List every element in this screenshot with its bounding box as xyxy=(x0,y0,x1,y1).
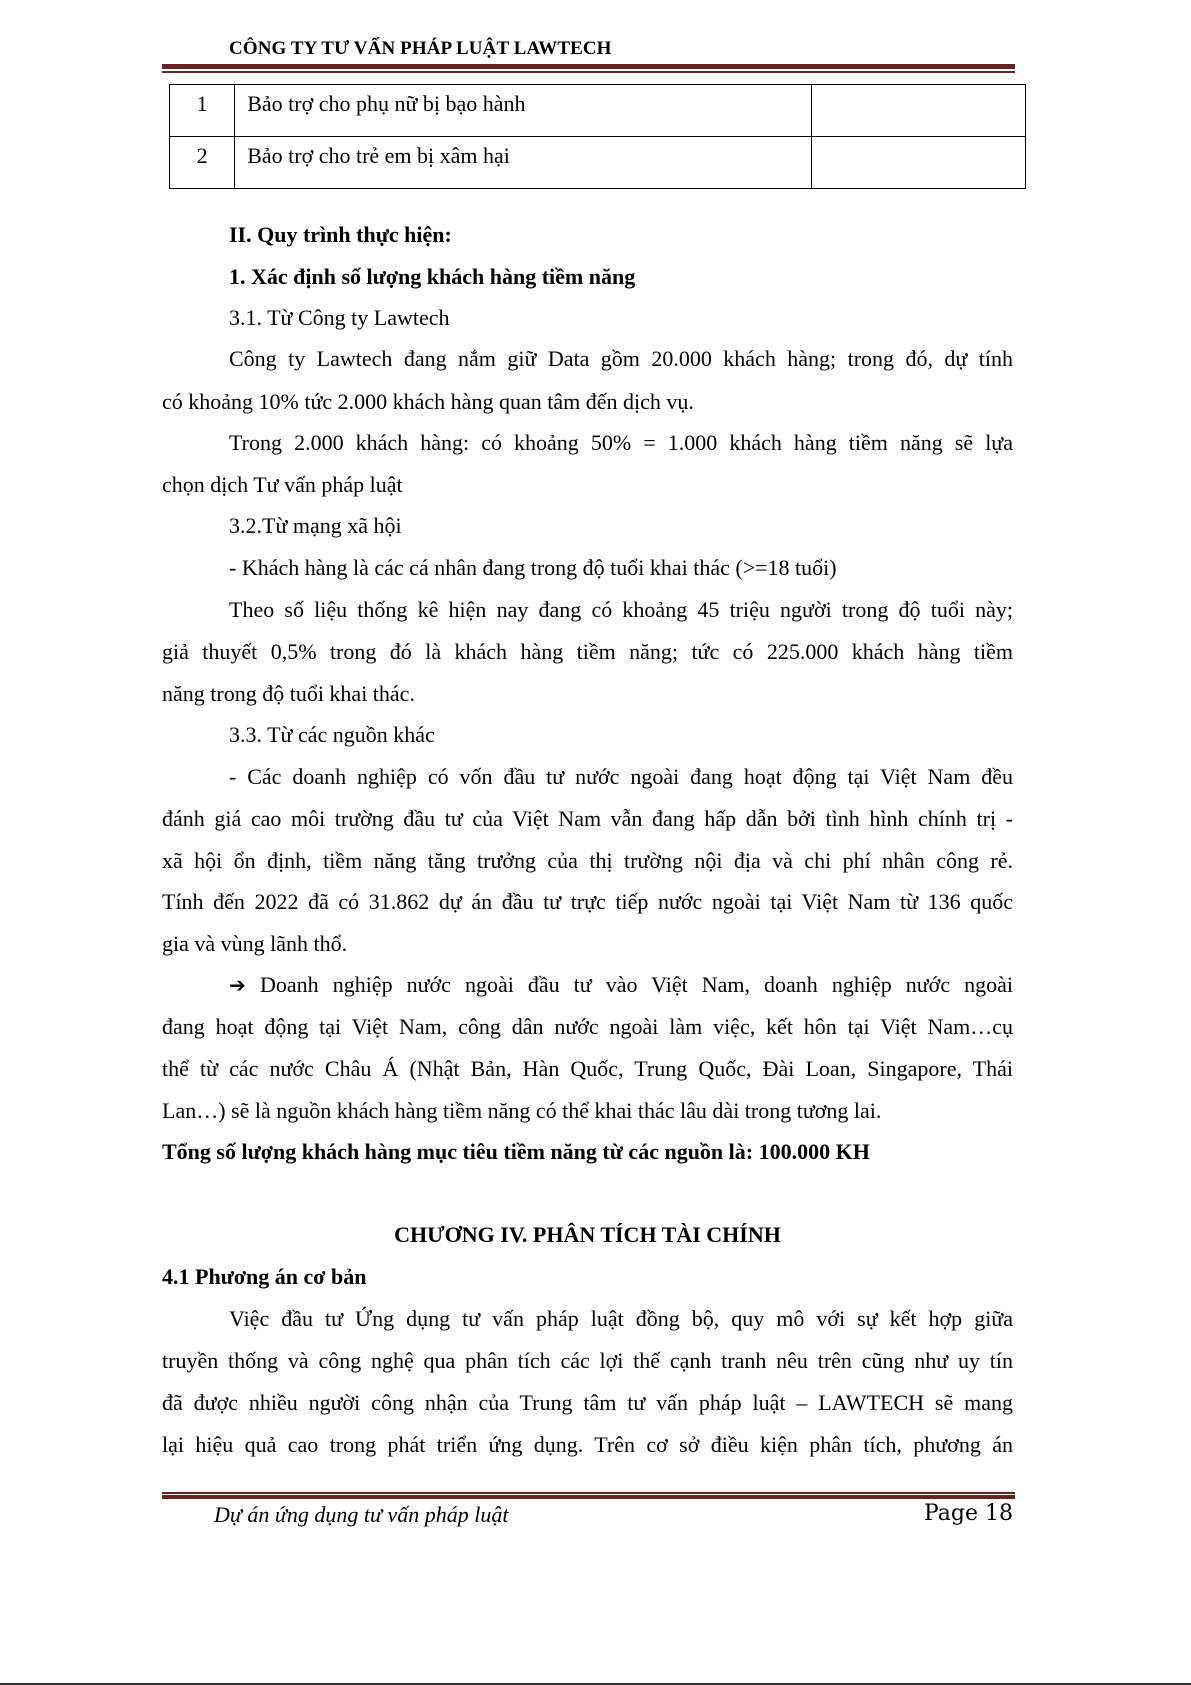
paragraph-line: Trong 2.000 khách hàng: có khoảng 50% = … xyxy=(229,430,1013,456)
subsection-3-3-title: 3.3. Từ các nguồn khác xyxy=(229,722,435,748)
table-row: 2 Bảo trợ cho trẻ em bị xâm hại xyxy=(170,137,1026,189)
paragraph-line: Tính đến 2022 đã có 31.862 dự án đầu tư … xyxy=(162,889,1013,915)
row-extra xyxy=(812,137,1026,189)
subsection-heading: 1. Xác định số lượng khách hàng tiềm năn… xyxy=(229,264,635,290)
subsection-3-1-title: 3.1. Từ Công ty Lawtech xyxy=(229,305,449,331)
row-number: 1 xyxy=(170,85,235,137)
header-company-name: CÔNG TY TƯ VẤN PHÁP LUẬT LAWTECH xyxy=(229,38,612,60)
footer-rule-thin xyxy=(162,1492,1015,1494)
chapter-title: CHƯƠNG IV. PHÂN TÍCH TÀI CHÍNH xyxy=(162,1222,1013,1248)
paragraph-line: đã được nhiều người công nhận của Trung … xyxy=(162,1390,1013,1416)
paragraph-line: đang hoạt động tại Việt Nam, công dân nư… xyxy=(162,1014,1013,1040)
paragraph-line: đánh giá cao môi trường đầu tư của Việt … xyxy=(162,806,1013,832)
paragraph-line: Việc đầu tư Ứng dụng tư vấn pháp luật đồ… xyxy=(229,1306,1013,1332)
paragraph-line: thể từ các nước Châu Á (Nhật Bản, Hàn Qu… xyxy=(162,1056,1013,1082)
paragraph-line: Lan…) sẽ là nguồn khách hàng tiềm năng c… xyxy=(162,1098,881,1124)
paragraph-line: chọn dịch Tư vấn pháp luật xyxy=(162,472,403,498)
row-extra xyxy=(812,85,1026,137)
row-number: 2 xyxy=(170,137,235,189)
page-number: Page 18 xyxy=(924,1501,1013,1526)
row-description: Bảo trợ cho phụ nữ bị bạo hành xyxy=(235,85,812,137)
paragraph-line: giả thuyết 0,5% trong đó là khách hàng t… xyxy=(162,639,1013,665)
paragraph-line: Doanh nghiệp nước ngoài đầu tư vào Việt … xyxy=(260,972,1013,998)
services-table: 1 Bảo trợ cho phụ nữ bị bạo hành 2 Bảo t… xyxy=(169,84,1026,189)
header-rule-thin xyxy=(162,71,1015,73)
footer-project-name: Dự án ứng dụng tư vấn pháp luật xyxy=(214,1502,509,1528)
paragraph-line: có khoảng 10% tức 2.000 khách hàng quan … xyxy=(162,389,694,415)
footer-rule-thick xyxy=(162,1495,1015,1499)
row-description: Bảo trợ cho trẻ em bị xâm hại xyxy=(235,137,812,189)
header-rule-thick xyxy=(162,64,1015,69)
paragraph-line: xã hội ổn định, tiềm năng tăng trưởng củ… xyxy=(162,848,1013,874)
paragraph-line: Công ty Lawtech đang nắm giữ Data gồm 20… xyxy=(229,346,1013,372)
subsection-3-2-title: 3.2.Từ mạng xã hội xyxy=(229,513,402,539)
paragraph-line: gia và vùng lãnh thổ. xyxy=(162,931,347,957)
paragraph-line: lại hiệu quả cao trong phát triển ứng dụ… xyxy=(162,1432,1013,1458)
paragraph-line: - Các doanh nghiệp có vốn đầu tư nước ng… xyxy=(229,764,1013,790)
total-summary: Tổng số lượng khách hàng mục tiêu tiềm n… xyxy=(162,1139,870,1165)
bullet-line: - Khách hàng là các cá nhân đang trong đ… xyxy=(229,555,837,581)
paragraph-line: năng trong độ tuổi khai thác. xyxy=(162,681,415,707)
paragraph-line: truyền thống và công nghệ qua phân tích … xyxy=(162,1348,1013,1374)
arrow-icon: ➔ xyxy=(229,972,246,998)
table-row: 1 Bảo trợ cho phụ nữ bị bạo hành xyxy=(170,85,1026,137)
paragraph-line: Theo số liệu thống kê hiện nay đang có k… xyxy=(229,597,1013,623)
section-heading: II. Quy trình thực hiện: xyxy=(229,222,452,248)
section-4-1-title: 4.1 Phương án cơ bản xyxy=(162,1264,366,1290)
